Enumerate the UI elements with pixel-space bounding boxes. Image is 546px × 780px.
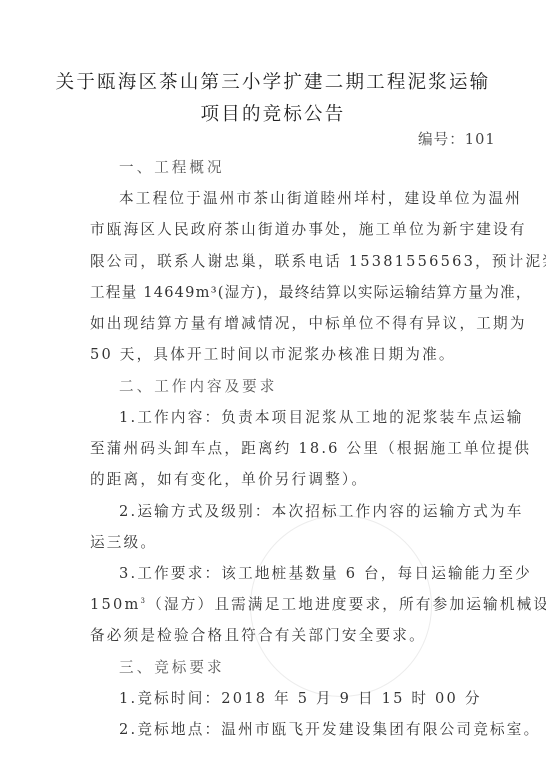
paragraph-line: 本工程位于温州市茶山街道睦州垟村，建设单位为温州 xyxy=(119,187,539,208)
paragraph-line: 2.运输方式及级别：本次招标工作内容的运输方式为车 xyxy=(119,500,539,521)
section-heading-1: 一、工程概况 xyxy=(119,156,539,177)
paragraph-line: 如出现结算方量有增减情况，中标单位不得有异议，工期为 xyxy=(90,312,510,333)
section-heading-2: 二、工作内容及要求 xyxy=(119,375,539,396)
paragraph-line: 1.竞标时间：2018 年 5 月 9 日 15 时 00 分 xyxy=(119,687,539,708)
document-title-line-1: 关于瓯海区茶山第三小学扩建二期工程泥浆运输 xyxy=(0,68,546,94)
document-number: 编号：101 xyxy=(418,128,496,149)
paragraph-line: 1.工作内容：负责本项目泥浆从工地的泥浆装车点运输 xyxy=(119,406,539,427)
paragraph-line: 至蒲州码头卸车点，距离约 18.6 公里（根据施工单位提供 xyxy=(90,437,510,458)
paragraph-line: 50 天，具体开工时间以市泥浆办核准日期为准。 xyxy=(90,343,510,364)
paragraph-line: 备必须是检验合格且符合有关部门安全要求。 xyxy=(90,624,510,645)
paragraph-line: 2.竞标地点：温州市瓯飞开发建设集团有限公司竞标室。 xyxy=(119,718,539,739)
capacity-text: 150m xyxy=(90,596,141,613)
capacity-text-cont: （湿方）且需满足工地进度要求，所有参加运输机械设 xyxy=(147,596,546,613)
paragraph-line: 运三级。 xyxy=(90,531,510,552)
volume-text: 工程量 14649m xyxy=(90,284,211,301)
document-title-line-2: 项目的竞标公告 xyxy=(0,100,546,126)
section-heading-3: 三、竞标要求 xyxy=(119,656,539,677)
paragraph-line: 3.工作要求：该工地桩基数量 6 台，每日运输能力至少 xyxy=(119,562,539,583)
paragraph-line: 150m3（湿方）且需满足工地进度要求，所有参加运输机械设 xyxy=(90,593,510,614)
volume-text-cont: ³(湿方)，最终结算以实际运输结算方量为准， xyxy=(211,284,532,301)
paragraph-line: 限公司，联系人谢忠巢，联系电话 15381556563，预计泥浆 xyxy=(90,250,510,271)
document-number-label: 编号： xyxy=(418,131,465,148)
paragraph-line: 的距离，如有变化，单价另行调整）。 xyxy=(90,468,510,489)
paragraph-line: 市瓯海区人民政府茶山街道办事处，施工单位为新宇建设有 xyxy=(90,218,510,239)
document-number-value: 101 xyxy=(465,131,496,148)
paragraph-line: 工程量 14649m³(湿方)，最终结算以实际运输结算方量为准， xyxy=(90,281,510,302)
